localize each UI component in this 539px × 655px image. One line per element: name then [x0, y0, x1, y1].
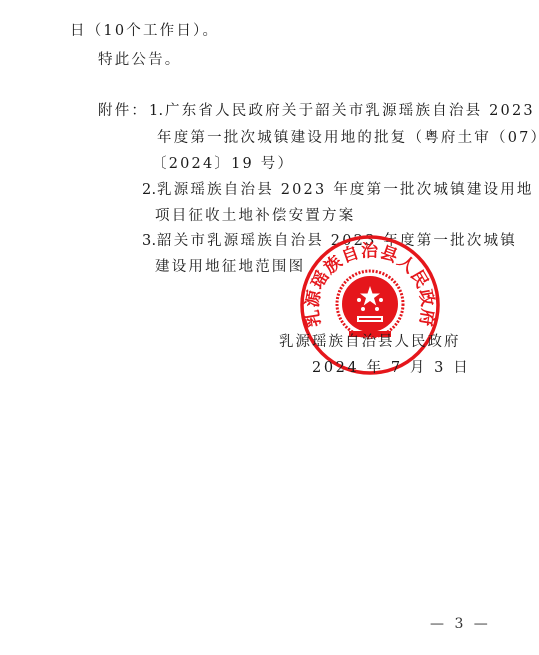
attachment-number: 3.	[142, 232, 156, 250]
page-number: — 3 —	[430, 616, 491, 632]
attachment-line: 乳源瑶族自治县 2023 年度第一批次城镇建设用地	[157, 181, 534, 199]
attachment-number: 1.	[149, 102, 163, 120]
continuation-line: 日（10个工作日）。	[70, 22, 219, 40]
issue-date: 2024 年 7 月 3 日	[312, 359, 470, 377]
official-seal-icon: 乳源瑶族自治县人民政府	[299, 234, 441, 376]
closing-line: 特此公告。	[98, 51, 182, 69]
attachment-line: 年度第一批次城镇建设用地的批复（粤府土审（07）	[157, 129, 539, 147]
attachment-line: 建设用地征地范围图	[155, 258, 305, 276]
attachment-line: 项目征收土地补偿安置方案	[155, 207, 355, 225]
attachment-line: 〔2024〕19 号）	[152, 155, 294, 173]
attachment-line: 广东省人民政府关于韶关市乳源瑶族自治县 2023	[165, 102, 535, 120]
attachments-label: 附件：	[98, 102, 148, 120]
issuer-name: 乳源瑶族自治县人民政府	[279, 333, 461, 351]
attachment-number: 2.	[142, 181, 156, 199]
